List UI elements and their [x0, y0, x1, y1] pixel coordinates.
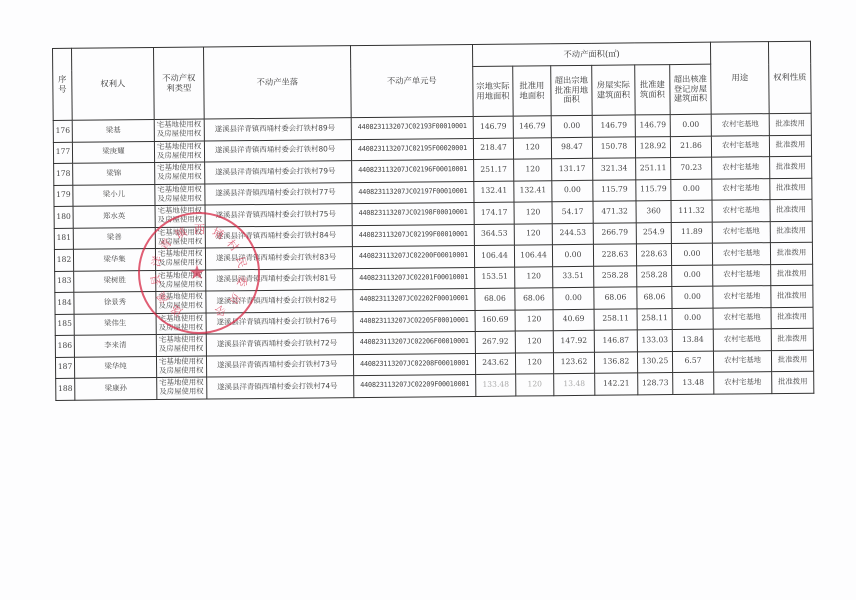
cell-land-approved: 106.44	[514, 245, 552, 267]
cell-seq: 176	[53, 120, 72, 142]
cell-building-actual: 258.11	[594, 308, 637, 330]
cell-land-excess: 147.92	[553, 330, 594, 352]
cell-building-actual: 146.79	[592, 115, 635, 137]
cell-land-actual: 153.51	[475, 267, 515, 289]
cell-building-approved: 251.11	[636, 158, 671, 180]
cell-building-excess: 0.00	[672, 308, 713, 330]
cell-building-approved: 128.73	[638, 373, 673, 395]
cell-owner: 梁树胜	[74, 270, 156, 292]
cell-owner: 梁庚耀	[72, 141, 154, 163]
cell-type: 宅基地使用权及房屋使用权	[157, 377, 207, 399]
cell-building-actual: 228.63	[593, 244, 636, 266]
cell-owner: 梁康孙	[75, 378, 157, 400]
cell-seq: 186	[55, 335, 74, 357]
cell-seq: 184	[55, 292, 74, 314]
cell-owner: 郑水英	[73, 206, 155, 228]
cell-owner: 李来清	[74, 335, 156, 357]
cell-seq: 185	[55, 314, 74, 336]
cell-use: 农村宅基地	[712, 178, 770, 200]
cell-unit: 440823113207JC02201F00010001	[353, 267, 475, 290]
cell-seq: 178	[54, 163, 73, 185]
document-page: 序号 权利人 不动产权利类型 不动产坐落 不动产单元号 不动产面积(㎡) 用途 …	[52, 41, 814, 401]
cell-location: 遂溪县洋青镇西埇村委会打铁村79号	[205, 161, 352, 184]
cell-nature: 批准拨用	[771, 350, 813, 372]
cell-use: 农村宅基地	[713, 350, 771, 372]
cell-building-approved: 228.63	[636, 244, 671, 266]
cell-building-excess: 13.84	[672, 329, 713, 351]
cell-building-actual: 68.06	[594, 287, 637, 309]
cell-owner: 梁华集	[73, 249, 155, 271]
header-building-excess: 超出核准登记房屋建筑面积	[670, 64, 711, 114]
cell-building-approved: 146.79	[635, 115, 670, 137]
header-area-group: 不动产面积(㎡)	[472, 42, 710, 66]
cell-unit: 440823113207JC02198F00010001	[352, 202, 474, 225]
cell-unit: 440823113207JC02197F00010001	[352, 181, 474, 204]
cell-building-excess: 0.00	[672, 265, 713, 287]
cell-use: 农村宅基地	[712, 221, 770, 243]
header-building-actual: 房屋实际建筑面积	[592, 65, 635, 115]
cell-type: 宅基地使用权及房屋使用权	[155, 205, 205, 227]
cell-location: 遂溪县洋青镇西埇村委会打铁村73号	[206, 354, 353, 377]
cell-unit: 440823113207JC02200F00010001	[352, 245, 474, 268]
cell-unit: 440823113207JC02196F00010001	[352, 159, 474, 182]
cell-unit: 440823113207JC02205F00010001	[353, 310, 475, 333]
cell-type: 宅基地使用权及房屋使用权	[155, 227, 205, 249]
cell-land-actual: 146.79	[473, 116, 513, 138]
cell-building-excess: 0.00	[670, 114, 711, 136]
cell-type: 宅基地使用权及房屋使用权	[156, 334, 206, 356]
cell-building-approved: 360	[636, 201, 671, 223]
property-registry-table: 序号 权利人 不动产权利类型 不动产坐落 不动产单元号 不动产面积(㎡) 用途 …	[52, 41, 814, 401]
cell-seq: 183	[55, 271, 74, 293]
cell-type: 宅基地使用权及房屋使用权	[155, 184, 205, 206]
cell-seq: 182	[54, 249, 73, 271]
cell-land-actual: 243.62	[475, 353, 515, 375]
cell-building-excess: 13.48	[673, 372, 714, 394]
cell-land-excess: 0.00	[552, 180, 593, 202]
cell-location: 遂溪县洋青镇西埇村委会打铁村77号	[205, 182, 352, 205]
cell-unit: 440823113207JC02193F00010001	[351, 116, 473, 139]
cell-type: 宅基地使用权及房屋使用权	[155, 248, 205, 270]
cell-use: 农村宅基地	[713, 307, 771, 329]
cell-land-approved: 120	[516, 374, 554, 396]
cell-nature: 批准拨用	[770, 221, 812, 243]
cell-nature: 批准拨用	[770, 199, 812, 221]
cell-seq: 180	[54, 206, 73, 228]
cell-building-approved: 258.11	[637, 308, 672, 330]
cell-seq: 179	[54, 185, 73, 207]
cell-use: 农村宅基地	[711, 135, 769, 157]
cell-type: 宅基地使用权及房屋使用权	[156, 313, 206, 335]
cell-land-excess: 0.00	[552, 244, 593, 266]
cell-land-excess: 131.17	[552, 158, 593, 180]
cell-land-actual: 174.17	[474, 202, 514, 224]
cell-location: 遂溪县洋青镇西埇村委会打铁村75号	[205, 204, 352, 227]
cell-nature: 批准拨用	[770, 156, 812, 178]
cell-nature: 批准拨用	[772, 371, 814, 393]
cell-owner: 梁小儿	[73, 184, 155, 206]
cell-use: 农村宅基地	[713, 264, 771, 286]
cell-type: 宅基地使用权及房屋使用权	[155, 162, 205, 184]
cell-building-excess: 111.32	[671, 200, 712, 222]
cell-land-approved: 120	[513, 137, 551, 159]
cell-land-excess: 33.51	[553, 266, 594, 288]
cell-land-excess: 98.47	[551, 137, 592, 159]
cell-land-approved: 132.41	[514, 180, 552, 202]
cell-type: 宅基地使用权及房屋使用权	[156, 356, 206, 378]
cell-land-approved: 120	[515, 266, 553, 288]
cell-location: 遂溪县洋青镇西埇村委会打铁村81号	[206, 268, 353, 291]
cell-use: 农村宅基地	[713, 329, 771, 351]
cell-land-excess: 54.17	[552, 201, 593, 223]
cell-location: 遂溪县洋青镇西埇村委会打铁村74号	[207, 376, 354, 399]
cell-unit: 440823113207JC02208F00010001	[353, 353, 475, 376]
cell-building-actual: 146.87	[594, 330, 637, 352]
cell-land-approved: 120	[514, 202, 552, 224]
cell-owner: 梁华纯	[74, 356, 156, 378]
cell-land-excess: 0.00	[551, 115, 592, 137]
cell-unit: 440823113207JC02199F00010001	[352, 224, 474, 247]
header-land-excess: 超出宗地批准用地面积	[551, 65, 592, 115]
cell-building-actual: 136.82	[594, 351, 637, 373]
cell-nature: 批准拨用	[771, 307, 813, 329]
cell-land-actual: 364.53	[474, 224, 514, 246]
header-nature: 权利性质	[768, 41, 811, 113]
table-body: 176梁基宅基地使用权及房屋使用权遂溪县洋青镇西埇村委会打铁村89号440823…	[53, 113, 814, 400]
cell-building-actual: 258.28	[594, 265, 637, 287]
cell-nature: 批准拨用	[771, 328, 813, 350]
cell-building-actual: 150.78	[592, 136, 635, 158]
cell-location: 遂溪县洋青镇西埇村委会打铁村89号	[204, 118, 351, 141]
cell-building-approved: 133.03	[637, 330, 672, 352]
cell-land-excess: 0.00	[553, 287, 594, 309]
cell-building-actual: 266.79	[593, 222, 636, 244]
cell-land-approved: 120	[515, 352, 553, 374]
cell-type: 宅基地使用权及房屋使用权	[156, 291, 206, 313]
cell-seq: 181	[54, 228, 73, 250]
cell-building-excess: 0.00	[672, 286, 713, 308]
cell-land-approved: 146.79	[513, 116, 551, 138]
cell-nature: 批准拨用	[770, 178, 812, 200]
cell-seq: 188	[56, 378, 75, 400]
cell-land-actual: 218.47	[473, 138, 513, 160]
cell-building-approved: 258.28	[637, 265, 672, 287]
cell-building-approved: 115.79	[636, 179, 671, 201]
cell-location: 遂溪县洋青镇西埇村委会打铁村83号	[205, 247, 352, 270]
cell-owner: 梁善	[73, 227, 155, 249]
cell-type: 宅基地使用权及房屋使用权	[154, 119, 204, 141]
cell-building-excess: 6.57	[672, 351, 713, 373]
cell-use: 农村宅基地	[712, 243, 770, 265]
header-owner: 权利人	[72, 48, 155, 121]
cell-land-actual: 68.06	[475, 288, 515, 310]
cell-land-actual: 160.69	[475, 310, 515, 332]
cell-building-approved: 128.92	[635, 136, 670, 158]
cell-land-actual: 106.44	[474, 245, 514, 267]
cell-use: 农村宅基地	[712, 157, 770, 179]
cell-land-excess: 13.48	[554, 373, 595, 395]
cell-land-approved: 120	[514, 223, 552, 245]
cell-nature: 批准拨用	[771, 264, 813, 286]
cell-land-actual: 132.41	[474, 181, 514, 203]
cell-location: 遂溪县洋青镇西埇村委会打铁村82号	[206, 290, 353, 313]
cell-land-approved: 120	[515, 309, 553, 331]
cell-location: 遂溪县洋青镇西埇村委会打铁村84号	[205, 225, 352, 248]
cell-owner: 梁锦	[73, 163, 155, 185]
cell-use: 农村宅基地	[713, 286, 771, 308]
cell-location: 遂溪县洋青镇西埇村委会打铁村76号	[206, 311, 353, 334]
cell-unit: 440823113207JC02202F00010001	[353, 288, 475, 311]
cell-building-excess: 11.89	[671, 222, 712, 244]
cell-land-excess: 123.62	[553, 352, 594, 374]
cell-land-approved: 120	[515, 331, 553, 353]
cell-owner: 梁基	[72, 120, 154, 142]
header-land-actual: 宗地实际用地面积	[473, 66, 513, 116]
cell-owner: 徐景秀	[74, 292, 156, 314]
cell-location: 遂溪县洋青镇西埇村委会打铁村80号	[204, 139, 351, 162]
cell-type: 宅基地使用权及房屋使用权	[156, 270, 206, 292]
cell-location: 遂溪县洋青镇西埇村委会打铁村72号	[206, 333, 353, 356]
cell-building-actual: 471.32	[593, 201, 636, 223]
cell-unit: 440823113207JC02206F00010001	[353, 331, 475, 354]
header-seq: 序号	[53, 48, 73, 120]
cell-seq: 187	[55, 357, 74, 379]
cell-use: 农村宅基地	[714, 372, 772, 394]
cell-building-actual: 142.21	[595, 373, 638, 395]
cell-nature: 批准拨用	[770, 242, 812, 264]
cell-building-approved: 130.25	[637, 351, 672, 373]
cell-unit: 440823113207JC02195F00020001	[351, 138, 473, 161]
cell-building-approved: 68.06	[637, 287, 672, 309]
cell-building-excess: 21.86	[670, 136, 711, 158]
cell-use: 农村宅基地	[712, 200, 770, 222]
header-unit-no: 不动产单元号	[350, 44, 473, 117]
cell-land-excess: 40.69	[553, 309, 594, 331]
cell-owner: 梁伟生	[74, 313, 156, 335]
cell-building-excess: 0.00	[671, 243, 712, 265]
cell-land-approved: 120	[514, 159, 552, 181]
cell-building-excess: 0.00	[671, 179, 712, 201]
header-building-approved: 批准建筑面积	[635, 65, 670, 115]
cell-nature: 批准拨用	[769, 113, 811, 135]
cell-nature: 批准拨用	[771, 285, 813, 307]
cell-building-excess: 70.23	[671, 157, 712, 179]
cell-land-approved: 68.06	[515, 288, 553, 310]
cell-building-approved: 254.9	[636, 222, 671, 244]
header-use: 用途	[710, 42, 769, 115]
header-land-approved: 批准用地面积	[513, 66, 551, 116]
cell-seq: 177	[53, 142, 72, 164]
cell-building-actual: 321.34	[593, 158, 636, 180]
cell-land-excess: 244.53	[552, 223, 593, 245]
header-location: 不动产坐落	[203, 46, 351, 119]
cell-building-actual: 115.79	[593, 179, 636, 201]
cell-land-actual: 267.92	[475, 331, 515, 353]
cell-land-actual: 133.48	[476, 374, 516, 396]
cell-use: 农村宅基地	[711, 114, 769, 136]
cell-unit: 440823113207JC02209F00010001	[354, 374, 476, 397]
cell-nature: 批准拨用	[769, 135, 811, 157]
cell-land-actual: 251.17	[474, 159, 514, 181]
cell-type: 宅基地使用权及房屋使用权	[154, 141, 204, 163]
header-right-type: 不动产权利类型	[154, 47, 205, 119]
